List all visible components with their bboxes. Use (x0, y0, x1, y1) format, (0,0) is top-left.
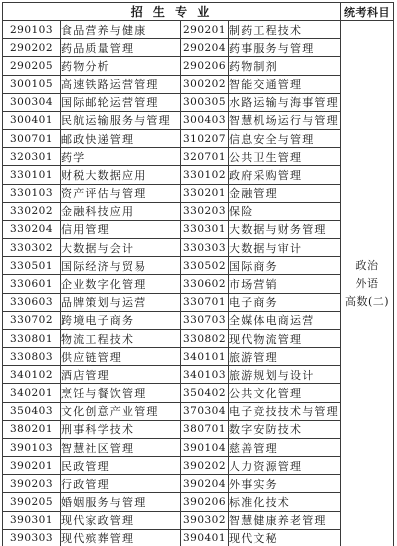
major-name-cell: 公共卫生管理 (229, 148, 341, 166)
table-row: 330204信用管理330301大数据与财务管理 (3, 220, 394, 238)
exam-subjects-header: 统考科目 (341, 3, 394, 21)
major-code-cell: 330803 (3, 348, 61, 366)
major-name-cell: 民航运输服务与管理 (61, 111, 181, 129)
table-row: 390103智慧社区管理390104慈善管理 (3, 438, 394, 456)
major-name-cell: 信息安全与管理 (229, 130, 341, 148)
major-code-cell: 390401 (181, 529, 229, 546)
major-name-cell: 药品质量管理 (61, 39, 181, 57)
majors-table: 招 生 专 业 统考科目 290103食品营养与健康290201制药工程技术政治… (2, 2, 394, 546)
major-name-cell: 行政管理 (61, 475, 181, 493)
major-name-cell: 人力资源管理 (229, 457, 341, 475)
table-row: 300401民航运输服务与管理300403智慧机场运行与管理 (3, 111, 394, 129)
table-row: 390303现代殡葬管理390401现代文秘 (3, 529, 394, 546)
major-name-cell: 保险 (229, 202, 341, 220)
major-code-cell: 330603 (3, 293, 61, 311)
major-name-cell: 国际经济与贸易 (61, 257, 181, 275)
major-code-cell: 330701 (181, 293, 229, 311)
major-code-cell: 370304 (181, 402, 229, 420)
major-name-cell: 高速铁路运营管理 (61, 75, 181, 93)
table-row: 330302大数据与会计330303大数据与审计 (3, 239, 394, 257)
major-name-cell: 智慧健康养老管理 (229, 511, 341, 529)
major-name-cell: 国际商务 (229, 257, 341, 275)
major-name-cell: 智慧机场运行与管理 (229, 111, 341, 129)
major-code-cell: 290206 (181, 57, 229, 75)
major-code-cell: 390205 (3, 493, 61, 511)
major-name-cell: 药物制剂 (229, 57, 341, 75)
major-name-cell: 现代殡葬管理 (61, 529, 181, 546)
table-row: 390205婚姻服务与管理390206标准化技术 (3, 493, 394, 511)
exam-subject-line: 高数(二) (341, 293, 393, 311)
major-name-cell: 全媒体电商运营 (229, 311, 341, 329)
major-name-cell: 供应链管理 (61, 348, 181, 366)
major-name-cell: 智慧社区管理 (61, 438, 181, 456)
major-code-cell: 300403 (181, 111, 229, 129)
exam-subject-line: 外语 (341, 275, 393, 293)
major-name-cell: 制药工程技术 (229, 21, 341, 39)
major-code-cell: 330802 (181, 329, 229, 347)
exam-subjects-cell: 政治外语高数(二) (341, 21, 394, 546)
major-code-cell: 330101 (3, 166, 61, 184)
major-code-cell: 380701 (181, 420, 229, 438)
major-code-cell: 320701 (181, 148, 229, 166)
major-name-cell: 电子竞技技术与管理 (229, 402, 341, 420)
major-code-cell: 330303 (181, 239, 229, 257)
major-name-cell: 刑事科学技术 (61, 420, 181, 438)
major-code-cell: 300305 (181, 93, 229, 111)
major-code-cell: 330602 (181, 275, 229, 293)
major-code-cell: 330703 (181, 311, 229, 329)
major-code-cell: 290103 (3, 21, 61, 39)
major-code-cell: 320301 (3, 148, 61, 166)
table-row: 340102酒店管理340103旅游规划与设计 (3, 366, 394, 384)
major-code-cell: 290201 (181, 21, 229, 39)
major-code-cell: 330301 (181, 220, 229, 238)
major-code-cell: 390302 (181, 511, 229, 529)
major-code-cell: 330204 (3, 220, 61, 238)
major-name-cell: 旅游管理 (229, 348, 341, 366)
major-name-cell: 慈善管理 (229, 438, 341, 456)
major-name-cell: 烹饪与餐饮管理 (61, 384, 181, 402)
major-code-cell: 340102 (3, 366, 61, 384)
table-row: 390203行政管理390204外事实务 (3, 475, 394, 493)
major-name-cell: 食品营养与健康 (61, 21, 181, 39)
major-code-cell: 390104 (181, 438, 229, 456)
table-row: 350403文化创意产业管理370304电子竞技技术与管理 (3, 402, 394, 420)
major-code-cell: 290204 (181, 39, 229, 57)
major-name-cell: 旅游规划与设计 (229, 366, 341, 384)
major-code-cell: 390204 (181, 475, 229, 493)
major-code-cell: 390201 (3, 457, 61, 475)
major-name-cell: 大数据与审计 (229, 239, 341, 257)
major-code-cell: 350403 (3, 402, 61, 420)
major-code-cell: 300105 (3, 75, 61, 93)
major-code-cell: 330103 (3, 184, 61, 202)
major-name-cell: 资产评估与管理 (61, 184, 181, 202)
table-header-row: 招 生 专 业 统考科目 (3, 3, 394, 21)
table-row: 330801物流工程技术330802现代物流管理 (3, 329, 394, 347)
table-row: 300105高速铁路运营管理300202智能交通管理 (3, 75, 394, 93)
table-row: 330702跨境电子商务330703全媒体电商运营 (3, 311, 394, 329)
major-name-cell: 大数据与会计 (61, 239, 181, 257)
table-row: 330202金融科技应用330203保险 (3, 202, 394, 220)
major-name-cell: 品牌策划与运营 (61, 293, 181, 311)
major-name-cell: 酒店管理 (61, 366, 181, 384)
table-row: 320301药学320701公共卫生管理 (3, 148, 394, 166)
table-row: 390301现代家政管理390302智慧健康养老管理 (3, 511, 394, 529)
table-row: 330603品牌策划与运营330701电子商务 (3, 293, 394, 311)
table-row: 330501国际经济与贸易330502国际商务 (3, 257, 394, 275)
major-code-cell: 310207 (181, 130, 229, 148)
major-code-cell: 330601 (3, 275, 61, 293)
major-name-cell: 邮政快递管理 (61, 130, 181, 148)
table-row: 290202药品质量管理290204药事服务与管理 (3, 39, 394, 57)
major-name-cell: 财税大数据应用 (61, 166, 181, 184)
major-code-cell: 330501 (3, 257, 61, 275)
major-code-cell: 330102 (181, 166, 229, 184)
major-code-cell: 340103 (181, 366, 229, 384)
major-name-cell: 信用管理 (61, 220, 181, 238)
major-name-cell: 企业数字化管理 (61, 275, 181, 293)
table-row: 300701邮政快递管理310207信息安全与管理 (3, 130, 394, 148)
major-code-cell: 290205 (3, 57, 61, 75)
major-name-cell: 文化创意产业管理 (61, 402, 181, 420)
major-name-cell: 民政管理 (61, 457, 181, 475)
major-code-cell: 380201 (3, 420, 61, 438)
major-name-cell: 公共文化管理 (229, 384, 341, 402)
major-name-cell: 电子商务 (229, 293, 341, 311)
table-row: 290205药物分析290206药物制剂 (3, 57, 394, 75)
major-name-cell: 大数据与财务管理 (229, 220, 341, 238)
major-name-cell: 金融管理 (229, 184, 341, 202)
major-code-cell: 390103 (3, 438, 61, 456)
major-code-cell: 330203 (181, 202, 229, 220)
major-code-cell: 300304 (3, 93, 61, 111)
table-row: 330103资产评估与管理330201金融管理 (3, 184, 394, 202)
table-row: 330601企业数字化管理330602市场营销 (3, 275, 394, 293)
major-name-cell: 物流工程技术 (61, 329, 181, 347)
major-name-cell: 水路运输与海事管理 (229, 93, 341, 111)
major-name-cell: 现代物流管理 (229, 329, 341, 347)
major-code-cell: 390206 (181, 493, 229, 511)
major-code-cell: 390203 (3, 475, 61, 493)
major-name-cell: 现代文秘 (229, 529, 341, 546)
major-name-cell: 婚姻服务与管理 (61, 493, 181, 511)
major-name-cell: 外事实务 (229, 475, 341, 493)
major-name-cell: 现代家政管理 (61, 511, 181, 529)
major-code-cell: 300701 (3, 130, 61, 148)
table-row: 380201刑事科学技术380701数字安防技术 (3, 420, 394, 438)
table-row: 390201民政管理390202人力资源管理 (3, 457, 394, 475)
major-code-cell: 390301 (3, 511, 61, 529)
major-name-cell: 药物分析 (61, 57, 181, 75)
majors-table-body: 290103食品营养与健康290201制药工程技术政治外语高数(二)290202… (3, 21, 394, 546)
major-name-cell: 智能交通管理 (229, 75, 341, 93)
major-name-cell: 国际邮轮运营管理 (61, 93, 181, 111)
major-code-cell: 350402 (181, 384, 229, 402)
major-name-cell: 药学 (61, 148, 181, 166)
major-code-cell: 330502 (181, 257, 229, 275)
major-name-cell: 政府采购管理 (229, 166, 341, 184)
exam-subject-line: 政治 (341, 257, 393, 275)
enrollment-majors-header: 招 生 专 业 (3, 3, 341, 21)
major-name-cell: 数字安防技术 (229, 420, 341, 438)
table-row: 300304国际邮轮运营管理300305水路运输与海事管理 (3, 93, 394, 111)
major-code-cell: 300401 (3, 111, 61, 129)
major-code-cell: 290202 (3, 39, 61, 57)
major-code-cell: 340101 (181, 348, 229, 366)
major-code-cell: 390303 (3, 529, 61, 546)
major-name-cell: 市场营销 (229, 275, 341, 293)
table-row: 330803供应链管理340101旅游管理 (3, 348, 394, 366)
major-code-cell: 330801 (3, 329, 61, 347)
major-name-cell: 跨境电子商务 (61, 311, 181, 329)
major-name-cell: 标准化技术 (229, 493, 341, 511)
major-code-cell: 330302 (3, 239, 61, 257)
major-code-cell: 330202 (3, 202, 61, 220)
major-name-cell: 金融科技应用 (61, 202, 181, 220)
major-code-cell: 300202 (181, 75, 229, 93)
major-code-cell: 330201 (181, 184, 229, 202)
major-code-cell: 330702 (3, 311, 61, 329)
major-code-cell: 390202 (181, 457, 229, 475)
major-code-cell: 340201 (3, 384, 61, 402)
table-row: 290103食品营养与健康290201制药工程技术政治外语高数(二) (3, 21, 394, 39)
admissions-majors-table-page: 招 生 专 业 统考科目 290103食品营养与健康290201制药工程技术政治… (0, 0, 397, 546)
table-row: 340201烹饪与餐饮管理350402公共文化管理 (3, 384, 394, 402)
major-name-cell: 药事服务与管理 (229, 39, 341, 57)
table-row: 330101财税大数据应用330102政府采购管理 (3, 166, 394, 184)
